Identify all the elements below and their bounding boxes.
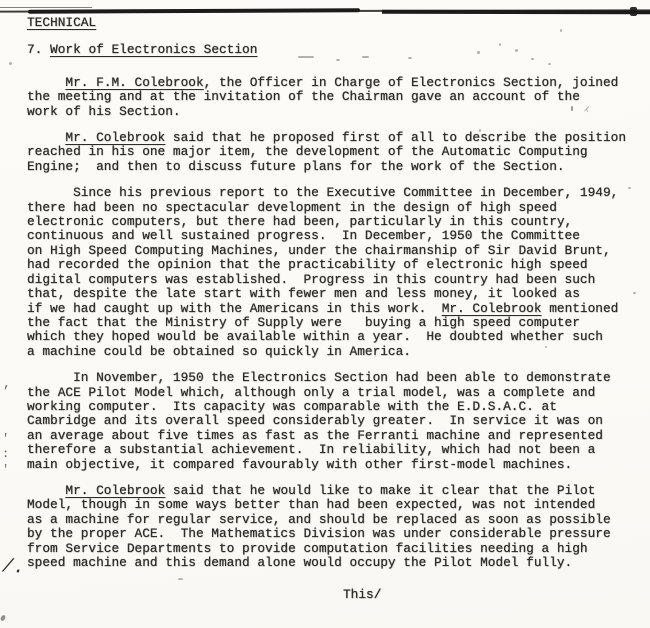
paragraph-4: In November, 1950 the Electronics Sectio… bbox=[27, 371, 641, 472]
text-line: therefore a substantial achievement. In … bbox=[27, 443, 641, 457]
scan-speck bbox=[178, 578, 183, 580]
text-line: Mr. Colebrook said that he proposed firs… bbox=[27, 131, 641, 145]
text-line: Cambridge and its overall speed consider… bbox=[27, 414, 641, 428]
text-line: Mr. F.M. Colebrook, the Officer in Charg… bbox=[27, 76, 641, 90]
text-line: that, despite the late start with fewer … bbox=[27, 287, 641, 301]
scan-speck bbox=[628, 187, 631, 189]
document-body: TECHNICAL 7. Work of Electronics Section… bbox=[27, 16, 641, 603]
scan-speck bbox=[479, 129, 481, 132]
text-line: Mr. Colebrook said that he would like to… bbox=[27, 484, 641, 498]
text-line: as a machine for regular service, and sh… bbox=[27, 513, 641, 527]
scan-speck bbox=[362, 56, 369, 58]
text-line: by the proper ACE. The Mathematics Divis… bbox=[27, 527, 641, 541]
line-text: said that he would like to make it clear… bbox=[165, 483, 595, 498]
section-number: 7. bbox=[27, 42, 50, 57]
paragraph-3: Since his previous report to the Executi… bbox=[27, 186, 641, 359]
scan-speck bbox=[531, 58, 534, 60]
scan-speck bbox=[515, 49, 518, 52]
scan-speck bbox=[571, 106, 573, 111]
line-text bbox=[27, 75, 65, 90]
line-text: said that he proposed first of all to de… bbox=[165, 130, 626, 145]
line-text bbox=[27, 483, 65, 498]
margin-mark: : bbox=[2, 447, 9, 461]
text-line: had recorded the opinion that the practi… bbox=[27, 258, 641, 272]
underlined-name: Mr. Colebrook bbox=[65, 130, 165, 145]
section-heading: 7. Work of Electronics Section bbox=[27, 43, 641, 57]
scan-edge-line bbox=[630, 7, 637, 16]
text-line: working computer. Its capacity was compa… bbox=[27, 400, 641, 414]
scan-blot bbox=[0, 614, 6, 621]
text-line: the ACE Pilot Model which, although only… bbox=[27, 386, 641, 400]
scan-speck bbox=[560, 29, 562, 32]
text-line: digital computers was established. Progr… bbox=[27, 273, 641, 287]
document-page: TECHNICAL 7. Work of Electronics Section… bbox=[0, 0, 650, 628]
paragraph-1: Mr. F.M. Colebrook, the Officer in Charg… bbox=[27, 76, 641, 119]
text-line: continuous and well sustained progress. … bbox=[27, 229, 641, 243]
text-line: the meeting and at the invitation of the… bbox=[27, 90, 641, 104]
text-line: electronic computers, but there had been… bbox=[27, 215, 641, 229]
margin-mark: , bbox=[3, 376, 11, 391]
text-line: from Service Departments to provide comp… bbox=[27, 542, 641, 556]
text-line: a machine could be obtained so quickly i… bbox=[27, 345, 641, 359]
scan-edge-line bbox=[28, 8, 360, 13]
scan-speck bbox=[545, 346, 547, 348]
text-line: there had been no spectacular developmen… bbox=[27, 201, 641, 215]
text-line: an average about five times as fast as t… bbox=[27, 429, 641, 443]
line-text bbox=[27, 130, 65, 145]
text-line: reached in his one major item, the devel… bbox=[27, 145, 641, 159]
scan-speck bbox=[408, 57, 412, 59]
margin-mark: ' bbox=[2, 432, 9, 446]
scan-edge-line bbox=[0, 7, 92, 9]
text-line: In November, 1950 the Electronics Sectio… bbox=[27, 371, 641, 385]
line-text: mentioned bbox=[542, 301, 619, 316]
scan-speck bbox=[548, 63, 551, 65]
text-line: Engine; and then to discuss future plans… bbox=[27, 160, 641, 174]
line-text: , the Officer in Charge of Electronics S… bbox=[204, 75, 619, 90]
scan-speck bbox=[336, 59, 340, 61]
scan-speck bbox=[298, 56, 314, 58]
text-line: if we had caught up with the Americans i… bbox=[27, 302, 641, 316]
line-text: if we had caught up with the Americans i… bbox=[27, 301, 442, 316]
text-line: main objective, it compared favourably w… bbox=[27, 458, 641, 472]
section-title: Work of Electronics Section bbox=[50, 42, 257, 57]
section-tag: TECHNICAL bbox=[27, 16, 641, 30]
scan-speck bbox=[633, 292, 636, 294]
section-tag-label: TECHNICAL bbox=[27, 15, 96, 30]
scan-edge-line bbox=[382, 9, 650, 13]
scan-speck bbox=[9, 62, 12, 65]
margin-mark: /. bbox=[1, 555, 25, 579]
paragraph-2: Mr. Colebrook said that he proposed firs… bbox=[27, 131, 641, 174]
underlined-name: Mr. F.M. Colebrook bbox=[65, 75, 203, 90]
paragraph-5: Mr. Colebrook said that he would like to… bbox=[27, 484, 641, 570]
underlined-name: Mr. Colebrook bbox=[65, 483, 165, 498]
scan-speck bbox=[477, 51, 480, 54]
text-line: the fact that the Ministry of Supply wer… bbox=[27, 316, 641, 330]
scan-speck bbox=[499, 43, 501, 46]
text-line: on High Speed Computing Machines, under … bbox=[27, 244, 641, 258]
text-line: Since his previous report to the Executi… bbox=[27, 186, 641, 200]
continuation-mark: This/ bbox=[27, 588, 641, 602]
text-line: speed machine and this demand alone woul… bbox=[27, 556, 641, 570]
text-line: work of his Section. bbox=[27, 105, 641, 119]
margin-mark: ' bbox=[2, 463, 9, 477]
text-line: Model, though in some ways better than h… bbox=[27, 498, 641, 512]
underlined-name: Mr. Colebrook bbox=[442, 301, 542, 316]
text-line: which they hoped would be available with… bbox=[27, 330, 641, 344]
